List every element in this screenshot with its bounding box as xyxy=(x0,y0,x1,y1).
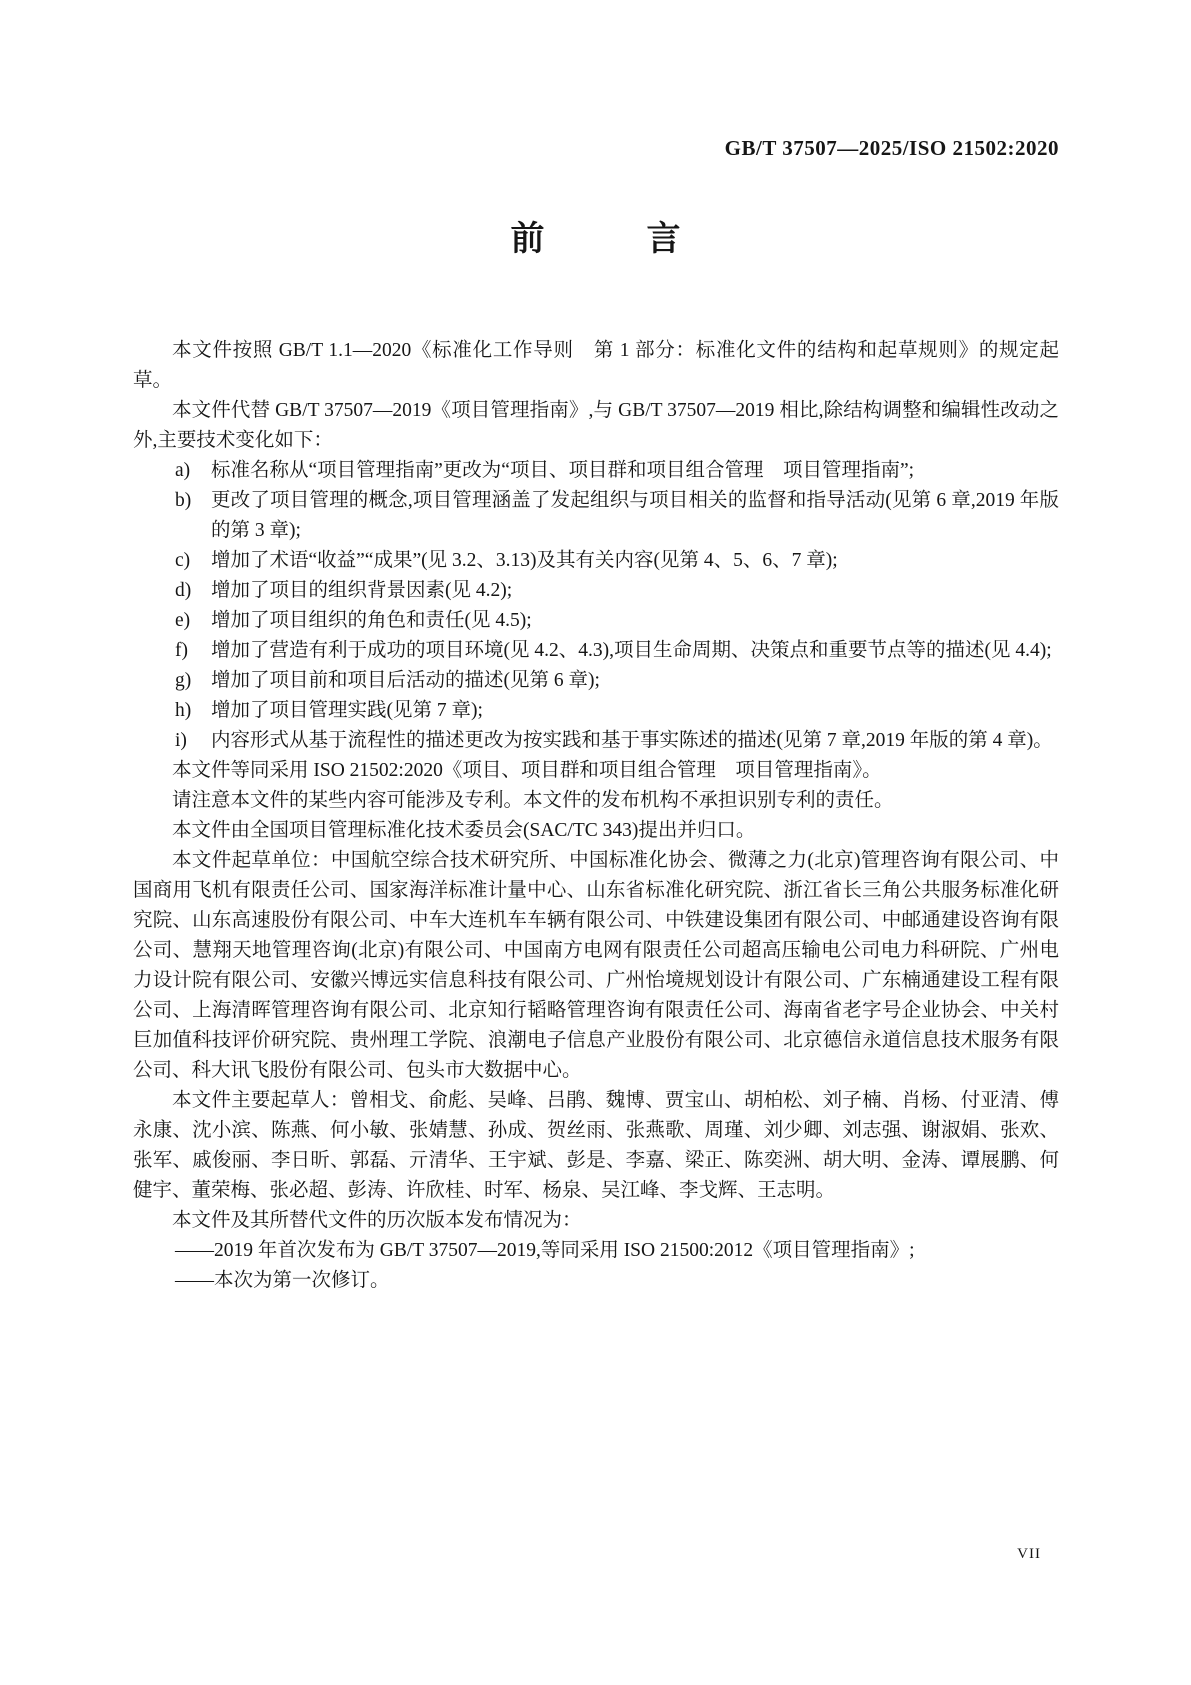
list-item-label: g) xyxy=(175,666,211,696)
history-item: ——本次为第一次修订。 xyxy=(175,1266,1059,1296)
list-item: b) 更改了项目管理的概念,项目管理涵盖了发起组织与项目相关的监督和指导活动(见… xyxy=(175,486,1059,546)
list-item-text: 增加了项目的组织背景因素(见 4.2); xyxy=(211,576,1059,606)
list-item: a) 标准名称从“项目管理指南”更改为“项目、项目群和项目组合管理 项目管理指南… xyxy=(175,456,1059,486)
paragraph-drafters: 本文件主要起草人：曾相戈、俞彪、吴峰、吕鹃、魏博、贾宝山、胡柏松、刘子楠、肖杨、… xyxy=(133,1086,1059,1206)
paragraph-drafting-rule: 本文件按照 GB/T 1.1—2020《标准化工作导则 第 1 部分：标准化文件… xyxy=(133,336,1059,396)
foreword-title: 前 言 xyxy=(0,220,1191,261)
paragraph-history-intro: 本文件及其所替代文件的历次版本发布情况为： xyxy=(133,1206,1059,1236)
paragraph-identical-adoption: 本文件等同采用 ISO 21502:2020《项目、项目群和项目组合管理 项目管… xyxy=(133,756,1059,786)
list-item-label: i) xyxy=(175,726,211,756)
list-item-label: a) xyxy=(175,456,211,486)
list-item: g) 增加了项目前和项目后活动的描述(见第 6 章); xyxy=(175,666,1059,696)
foreword-title-char-2: 言 xyxy=(647,220,681,261)
list-item-label: f) xyxy=(175,636,211,666)
list-item-label: d) xyxy=(175,576,211,606)
technical-changes-list: a) 标准名称从“项目管理指南”更改为“项目、项目群和项目组合管理 项目管理指南… xyxy=(133,456,1059,756)
list-item-text: 增加了术语“收益”“成果”(见 3.2、3.13)及其有关内容(见第 4、5、6… xyxy=(211,546,1059,576)
list-item-text: 增加了营造有利于成功的项目环境(见 4.2、4.3),项目生命周期、决策点和重要… xyxy=(211,636,1059,666)
list-item-text: 增加了项目组织的角色和责任(见 4.5); xyxy=(211,606,1059,636)
history-item: ——2019 年首次发布为 GB/T 37507—2019,等同采用 ISO 2… xyxy=(175,1236,1059,1266)
list-item-text: 更改了项目管理的概念,项目管理涵盖了发起组织与项目相关的监督和指导活动(见第 6… xyxy=(211,486,1059,546)
page-number: VII xyxy=(1017,1546,1041,1563)
paragraph-drafting-organizations: 本文件起草单位：中国航空综合技术研究所、中国标准化协会、微薄之力(北京)管理咨询… xyxy=(133,846,1059,1086)
list-item-label: h) xyxy=(175,696,211,726)
list-item-text: 内容形式从基于流程性的描述更改为按实践和基于事实陈述的描述(见第 7 章,201… xyxy=(211,726,1059,756)
standard-doc-number: GB/T 37507—2025/ISO 21502:2020 xyxy=(725,136,1059,161)
paragraph-patent-notice: 请注意本文件的某些内容可能涉及专利。本文件的发布机构不承担识别专利的责任。 xyxy=(133,786,1059,816)
list-item: h) 增加了项目管理实践(见第 7 章); xyxy=(175,696,1059,726)
list-item-label: c) xyxy=(175,546,211,576)
list-item: c) 增加了术语“收益”“成果”(见 3.2、3.13)及其有关内容(见第 4、… xyxy=(175,546,1059,576)
foreword-title-char-1: 前 xyxy=(511,220,545,261)
list-item: e) 增加了项目组织的角色和责任(见 4.5); xyxy=(175,606,1059,636)
list-item: f) 增加了营造有利于成功的项目环境(见 4.2、4.3),项目生命周期、决策点… xyxy=(175,636,1059,666)
list-item: i) 内容形式从基于流程性的描述更改为按实践和基于事实陈述的描述(见第 7 章,… xyxy=(175,726,1059,756)
paragraph-replaces: 本文件代替 GB/T 37507—2019《项目管理指南》,与 GB/T 375… xyxy=(133,396,1059,456)
list-item-text: 标准名称从“项目管理指南”更改为“项目、项目群和项目组合管理 项目管理指南”; xyxy=(211,456,1059,486)
foreword-body: 本文件按照 GB/T 1.1—2020《标准化工作导则 第 1 部分：标准化文件… xyxy=(133,336,1059,1296)
list-item-label: b) xyxy=(175,486,211,546)
list-item: d) 增加了项目的组织背景因素(见 4.2); xyxy=(175,576,1059,606)
list-item-text: 增加了项目前和项目后活动的描述(见第 6 章); xyxy=(211,666,1059,696)
list-item-text: 增加了项目管理实践(见第 7 章); xyxy=(211,696,1059,726)
paragraph-committee: 本文件由全国项目管理标准化技术委员会(SAC/TC 343)提出并归口。 xyxy=(133,816,1059,846)
list-item-label: e) xyxy=(175,606,211,636)
